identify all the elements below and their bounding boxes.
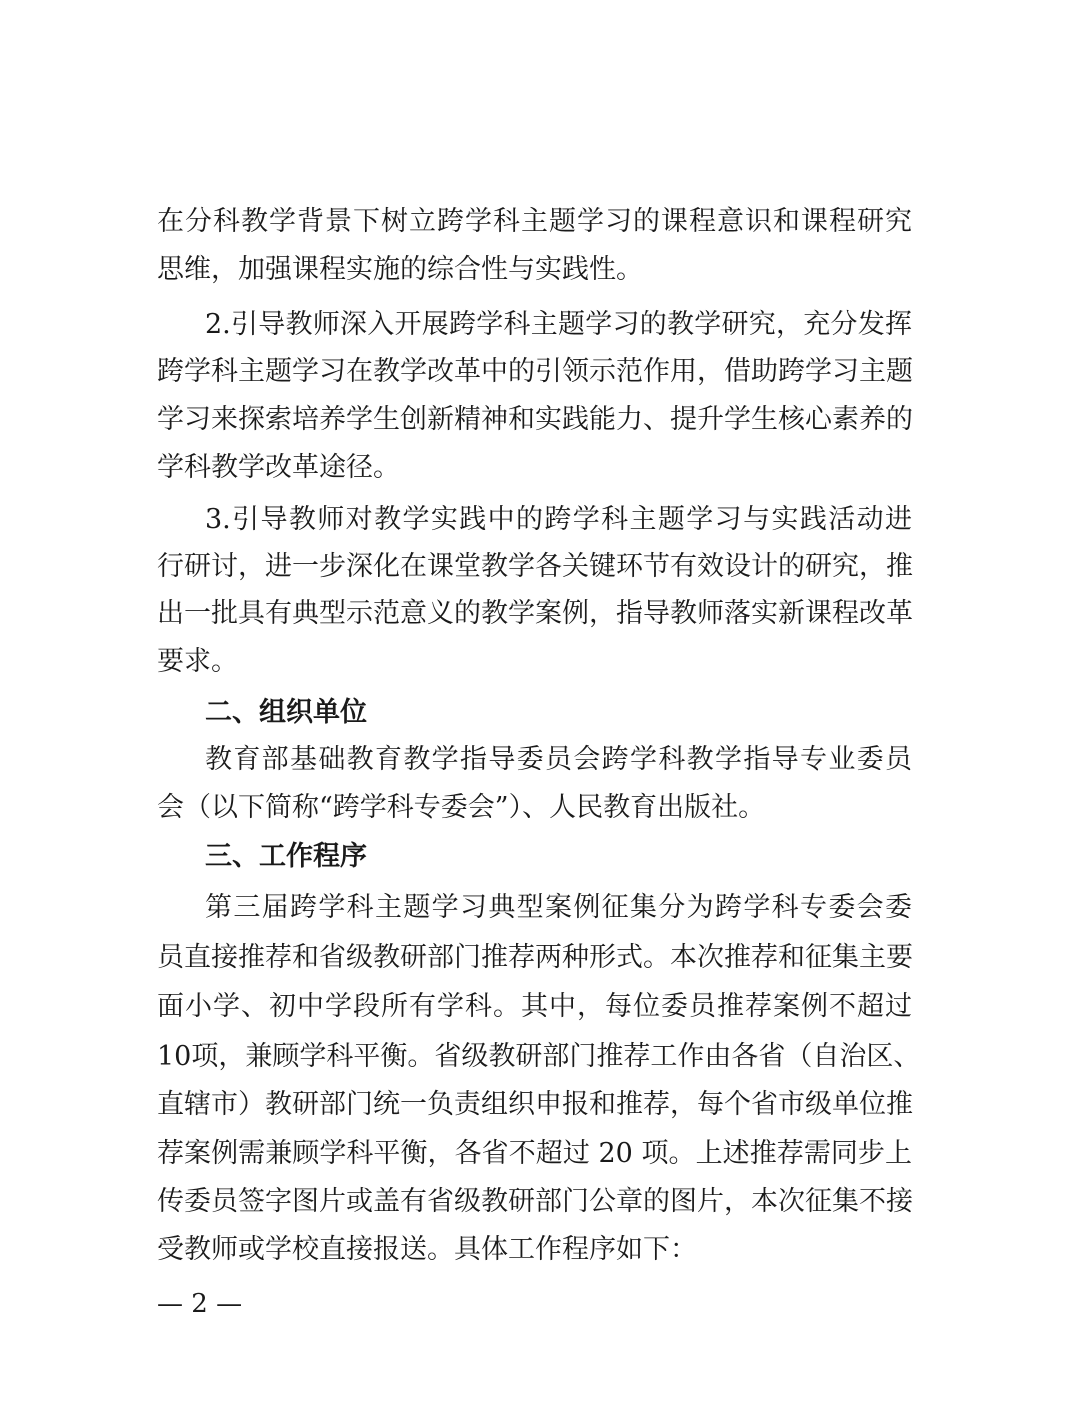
text-line: 2.引导教师深入开展跨学科主题学习的教学研究，充分发挥	[205, 301, 912, 349]
text-line: 受教师或学校直接报送。具体工作程序如下：	[157, 1226, 912, 1274]
text-line: 学科教学改革途径。	[157, 444, 912, 492]
text-line: 10项，兼顾学科平衡。省级教研部门推荐工作由各省（自治区、	[157, 1033, 912, 1081]
text-line: 跨学科主题学习在教学改革中的引领示范作用，借助跨学习主题	[157, 348, 912, 396]
text-line: 行研讨，进一步深化在课堂教学各关键环节有效设计的研究，推	[157, 543, 912, 591]
text-line: 要求。	[157, 638, 912, 686]
text-line: 第三届跨学科主题学习典型案例征集分为跨学科专委会委	[205, 884, 912, 932]
text-line: 荐案例需兼顾学科平衡，各省不超过 20 项。上述推荐需同步上	[157, 1130, 912, 1178]
section-heading-procedure: 三、工作程序	[205, 833, 367, 881]
page-number: — 2 —	[157, 1284, 242, 1324]
text-line: 会（以下简称“跨学科专委会”）、人民教育出版社。	[157, 784, 912, 832]
text-line: 3.引导教师对教学实践中的跨学科主题学习与实践活动进	[205, 496, 912, 544]
text-line: 传委员签字图片或盖有省级教研部门公章的图片，本次征集不接	[157, 1178, 912, 1226]
text-line: 直辖市）教研部门统一负责组织申报和推荐，每个省市级单位推	[157, 1081, 912, 1129]
text-line: 面小学、初中学段所有学科。其中，每位委员推荐案例不超过	[157, 983, 912, 1031]
text-line: 员直接推荐和省级教研部门推荐两种形式。本次推荐和征集主要	[157, 934, 912, 982]
text-line: 出一批具有典型示范意义的教学案例，指导教师落实新课程改革	[157, 590, 912, 638]
text-line: 教育部基础教育教学指导委员会跨学科教学指导专业委员	[205, 736, 912, 784]
text-line: 在分科教学背景下树立跨学科主题学习的课程意识和课程研究	[157, 198, 912, 246]
text-line: 学习来探索培养学生创新精神和实践能力、提升学生核心素养的	[157, 396, 912, 444]
section-heading-organizers: 二、组织单位	[205, 689, 367, 737]
document-page: 在分科教学背景下树立跨学科主题学习的课程意识和课程研究 思维，加强课程实施的综合…	[0, 0, 1080, 1404]
text-line: 思维，加强课程实施的综合性与实践性。	[157, 246, 912, 294]
